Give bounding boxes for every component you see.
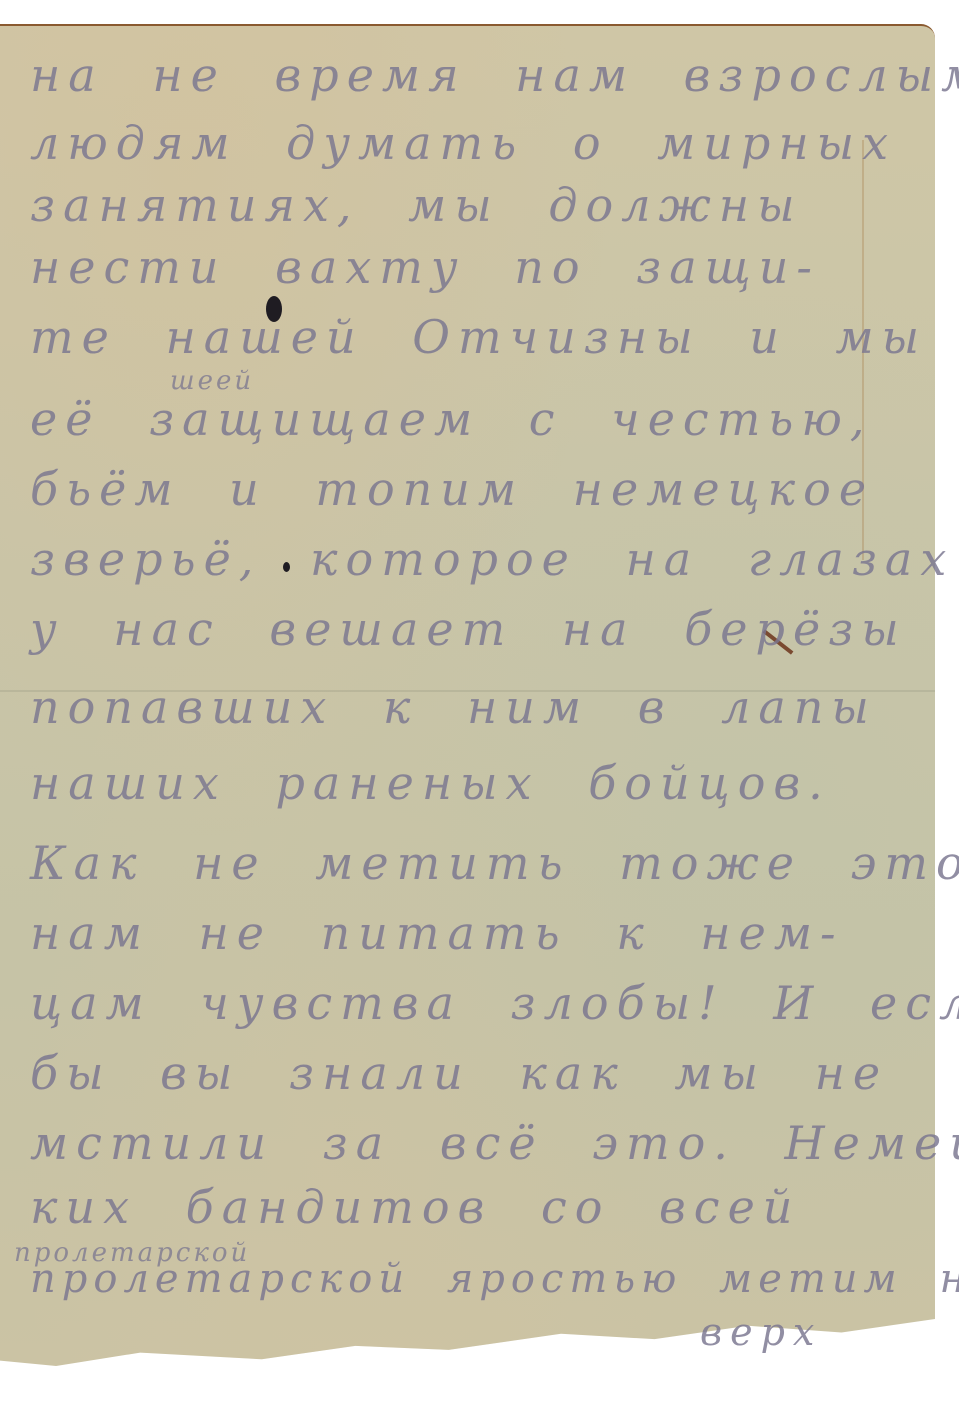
text-line-10: попавших к ним в лапы xyxy=(30,680,877,734)
text-line-7: бьём и топим немецкое xyxy=(30,462,874,516)
text-line-1: на не время нам взрослым xyxy=(30,48,959,102)
text-line-13: нам не питать к нем- xyxy=(30,906,844,960)
text-line-19: верх xyxy=(700,1310,822,1354)
text-line-14: цам чувства злобы! И если xyxy=(30,976,959,1030)
text-line-11: наших раненых бойцов. xyxy=(30,756,831,810)
text-line-9: у нас вешает на берёзы xyxy=(30,602,907,656)
text-line-2: людям думать о мирных xyxy=(30,116,896,170)
text-line-4: нести вахту по защи- xyxy=(30,240,820,294)
text-line-12: Как не метить тоже это xyxy=(30,836,959,890)
text-line-17: ких бандитов со всей xyxy=(30,1180,800,1234)
text-line-6-content: её защищаем с честью, xyxy=(30,392,872,446)
text-line-15: бы вы знали как мы не xyxy=(30,1046,888,1100)
text-line-3: занятиях, мы должны xyxy=(30,178,803,232)
text-line-8: зверьё, которое на глазах xyxy=(30,532,954,586)
text-line-16: мстили за всё это. Немец- xyxy=(30,1116,959,1170)
text-line-6: её защищаем с честью, xyxy=(30,392,872,446)
text-line-5: те нашей Отчизны и мы xyxy=(30,310,927,364)
text-line-18: пролетарской яростью метим на xyxy=(30,1256,959,1302)
